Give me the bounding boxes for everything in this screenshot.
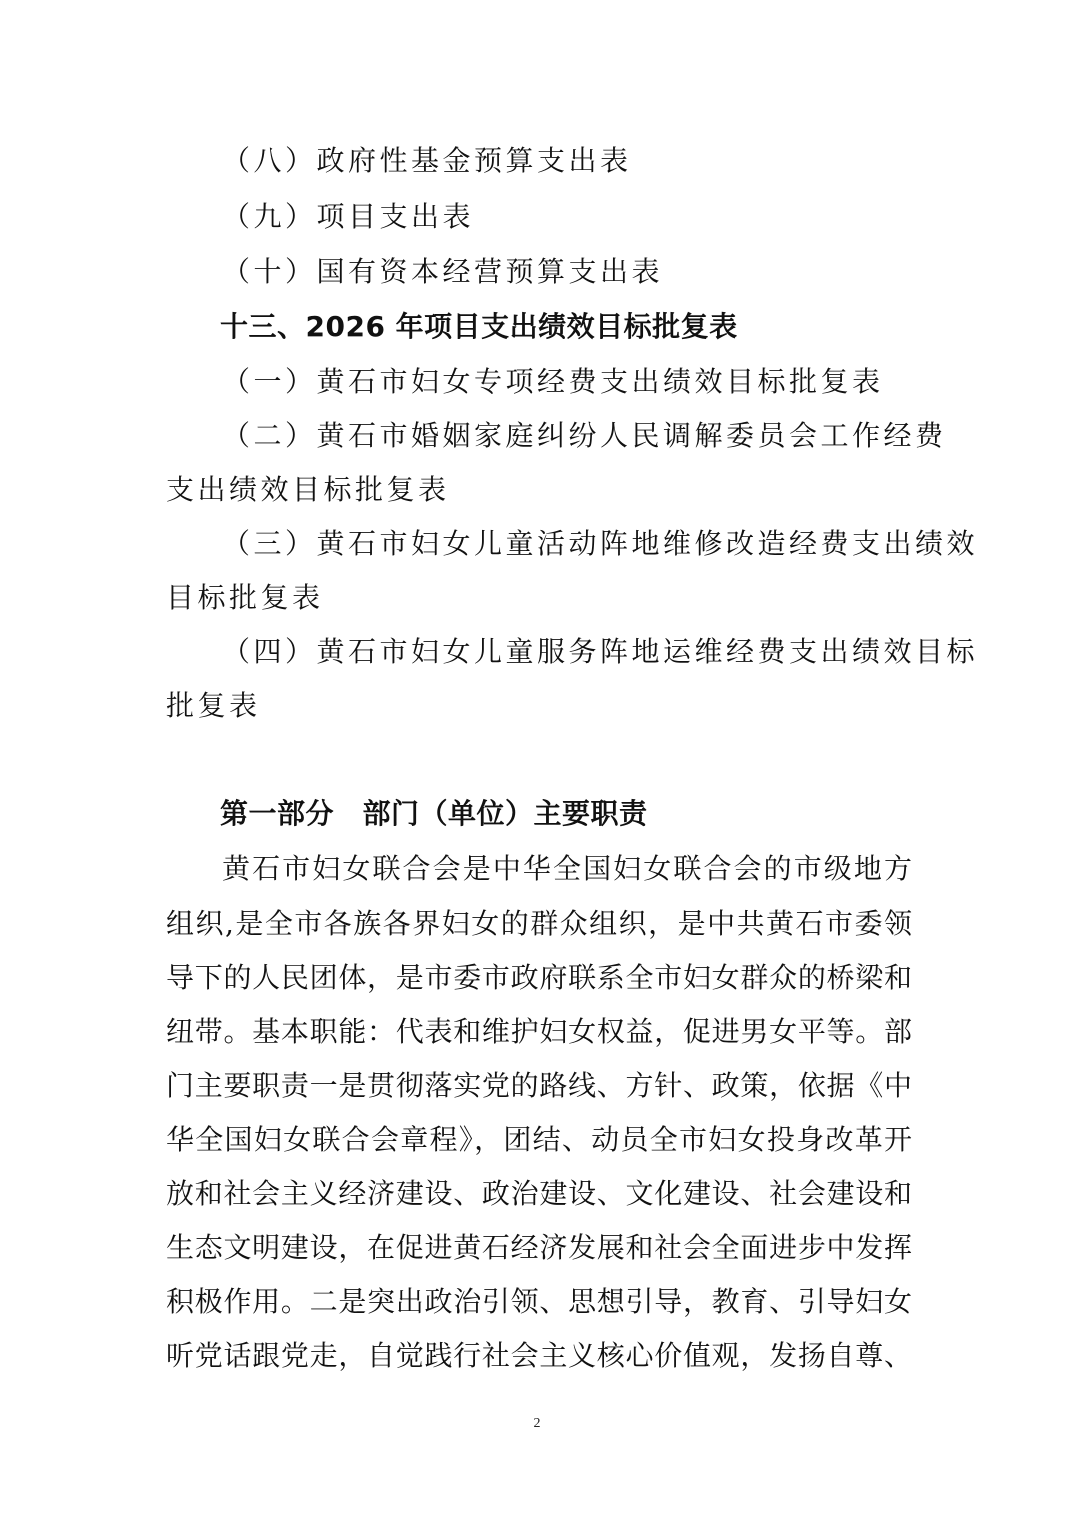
- paragraph-line: 华全国妇女联合会章程》，团结、动员全市妇女投身改革开: [166, 1122, 912, 1158]
- toc-subitem-3: （三）黄石市妇女儿童活动阵地维修改造经费支出绩效: [222, 526, 978, 562]
- paragraph-line: 导下的人民团体，是市委市政府联系全市妇女群众的桥梁和: [166, 960, 912, 996]
- toc-subitem-3-cont: 目标批复表: [166, 580, 324, 616]
- paragraph-line: 纽带。基本职能：代表和维护妇女权益，促进男女平等。部: [166, 1014, 912, 1050]
- toc-subitem-2-cont: 支出绩效目标批复表: [166, 472, 450, 508]
- paragraph-line: 听党话跟党走，自觉践行社会主义核心价值观，发扬自尊、: [166, 1338, 912, 1374]
- toc-item-9: （九）项目支出表: [222, 199, 474, 235]
- paragraph-line: 黄石市妇女联合会是中华全国妇女联合会的市级地方: [222, 851, 912, 887]
- paragraph-line: 积极作用。二是突出政治引领、思想引导，教育、引导妇女: [166, 1284, 912, 1320]
- toc-heading-13: 十三、2026 年项目支出绩效目标批复表: [220, 309, 738, 345]
- section-heading: 第一部分 部门（单位）主要职责: [220, 796, 648, 832]
- paragraph-line: 放和社会主义经济建设、政治建设、文化建设、社会建设和: [166, 1176, 912, 1212]
- toc-item-10: （十）国有资本经营预算支出表: [222, 254, 663, 290]
- toc-subitem-1: （一）黄石市妇女专项经费支出绩效目标批复表: [222, 364, 884, 400]
- toc-subitem-2: （二）黄石市婚姻家庭纠纷人民调解委员会工作经费: [222, 418, 947, 454]
- page-number: 2: [0, 1416, 1074, 1432]
- toc-subitem-4: （四）黄石市妇女儿童服务阵地运维经费支出绩效目标: [222, 634, 978, 670]
- paragraph-line: 门主要职责一是贯彻落实党的路线、方针、政策，依据《中: [166, 1068, 912, 1104]
- toc-subitem-4-cont: 批复表: [166, 688, 261, 724]
- paragraph-line: 组织,是全市各族各界妇女的群众组织，是中共黄石市委领: [166, 906, 912, 942]
- toc-item-8: （八）政府性基金预算支出表: [222, 143, 632, 179]
- paragraph-line: 生态文明建设，在促进黄石经济发展和社会全面进步中发挥: [166, 1230, 912, 1266]
